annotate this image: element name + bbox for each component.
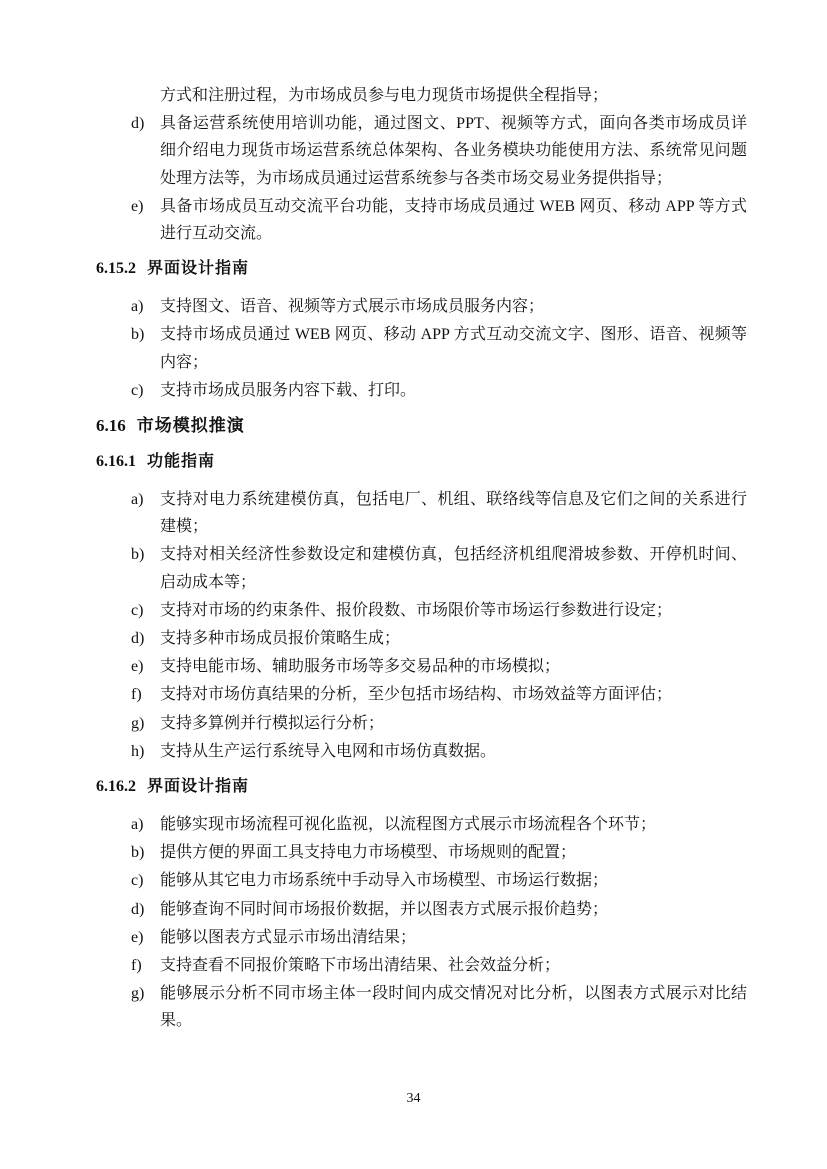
list-marker: g) bbox=[131, 980, 144, 1007]
heading-number: 6.16 bbox=[96, 416, 126, 435]
list-marker: e) bbox=[131, 193, 143, 220]
heading-number: 6.16.2 bbox=[96, 778, 136, 795]
list-marker: d) bbox=[131, 625, 144, 652]
list-item-a: a) 支持图文、语音、视频等方式展示市场成员服务内容； bbox=[96, 293, 747, 320]
list-marker: d) bbox=[131, 110, 144, 137]
list-item-text: 支持查看不同报价策略下市场出清结果、社会效益分析； bbox=[160, 957, 560, 974]
list-item-b: b) 支持市场成员通过 WEB 网页、移动 APP 方式互动交流文字、图形、语音… bbox=[96, 321, 747, 375]
heading-6-15-2: 6.15.2界面设计指南 bbox=[96, 257, 747, 281]
document-body: 方式和注册过程，为市场成员参与电力现货市场提供全程指导； d) 具备运营系统使用… bbox=[96, 82, 747, 1035]
list-item-text: 支持多种市场成员报价策略生成； bbox=[160, 630, 400, 647]
heading-number: 6.16.1 bbox=[96, 453, 136, 470]
list-item-text: 能够实现市场流程可视化监视，以流程图方式展示市场流程各个环节； bbox=[160, 816, 656, 833]
list-marker: e) bbox=[131, 924, 143, 951]
list-item-f: f) 支持查看不同报价策略下市场出清结果、社会效益分析； bbox=[96, 952, 747, 979]
list-marker: h) bbox=[131, 738, 144, 765]
list-marker: b) bbox=[131, 839, 144, 866]
list-item-g: g) 能够展示分析不同市场主体一段时间内成交情况对比分析，以图表方式展示对比结果… bbox=[96, 980, 747, 1034]
heading-title: 界面设计指南 bbox=[147, 778, 249, 795]
list-item-b: b) 支持对相关经济性参数设定和建模仿真，包括经济机组爬滑坡参数、开停机时间、启… bbox=[96, 541, 747, 595]
list-marker: g) bbox=[131, 710, 144, 737]
paragraph-continuation: 方式和注册过程，为市场成员参与电力现货市场提供全程指导； bbox=[160, 82, 747, 109]
heading-title: 界面设计指南 bbox=[147, 260, 249, 277]
heading-number: 6.15.2 bbox=[96, 260, 136, 277]
list-item-f: f) 支持对市场仿真结果的分析，至少包括市场结构、市场效益等方面评估； bbox=[96, 681, 747, 708]
list-marker: a) bbox=[131, 486, 143, 513]
list-item-text: 具备运营系统使用培训功能，通过图文、PPT、视频等方式，面向各类市场成员详细介绍… bbox=[160, 115, 747, 186]
list-item-text: 支持对相关经济性参数设定和建模仿真，包括经济机组爬滑坡参数、开停机时间、启动成本… bbox=[160, 546, 747, 590]
heading-title: 功能指南 bbox=[147, 453, 215, 470]
list-item-text: 支持多算例并行模拟运行分析； bbox=[160, 715, 384, 732]
list-item-a: a) 能够实现市场流程可视化监视，以流程图方式展示市场流程各个环节； bbox=[96, 811, 747, 838]
heading-6-16: 6.16市场模拟推演 bbox=[96, 414, 747, 438]
list-item-text: 支持对市场仿真结果的分析，至少包括市场结构、市场效益等方面评估； bbox=[160, 686, 672, 703]
list-marker: a) bbox=[131, 293, 143, 320]
list-marker: f) bbox=[131, 681, 142, 708]
list-marker: e) bbox=[131, 653, 143, 680]
list-item-h: h) 支持从生产运行系统导入电网和市场仿真数据。 bbox=[96, 738, 747, 765]
list-item-text: 支持电能市场、辅助服务市场等多交易品种的市场模拟； bbox=[160, 658, 560, 675]
list-item-c: c) 能够从其它电力市场系统中手动导入市场模型、市场运行数据； bbox=[96, 867, 747, 894]
list-item-text: 能够以图表方式显示市场出清结果； bbox=[160, 929, 416, 946]
list-item-g: g) 支持多算例并行模拟运行分析； bbox=[96, 710, 747, 737]
list-item-c: c) 支持对市场的约束条件、报价段数、市场限价等市场运行参数进行设定； bbox=[96, 597, 747, 624]
list-marker: f) bbox=[131, 952, 142, 979]
list-marker: a) bbox=[131, 811, 143, 838]
list-item-text: 支持市场成员通过 WEB 网页、移动 APP 方式互动交流文字、图形、语音、视频… bbox=[160, 326, 747, 370]
list-item-text: 能够展示分析不同市场主体一段时间内成交情况对比分析，以图表方式展示对比结果。 bbox=[160, 985, 747, 1029]
list-item-text: 支持对市场的约束条件、报价段数、市场限价等市场运行参数进行设定； bbox=[160, 602, 672, 619]
list-item-e: e) 具备市场成员互动交流平台功能，支持市场成员通过 WEB 网页、移动 APP… bbox=[96, 193, 747, 247]
list-item-b: b) 提供方便的界面工具支持电力市场模型、市场规则的配置； bbox=[96, 839, 747, 866]
list-item-text: 支持图文、语音、视频等方式展示市场成员服务内容； bbox=[160, 298, 544, 315]
list-item-text: 支持从生产运行系统导入电网和市场仿真数据。 bbox=[160, 743, 496, 760]
heading-6-16-1: 6.16.1功能指南 bbox=[96, 450, 747, 474]
list-item-d: d) 具备运营系统使用培训功能，通过图文、PPT、视频等方式，面向各类市场成员详… bbox=[96, 110, 747, 192]
list-marker: c) bbox=[131, 867, 143, 894]
list-item-text: 能够查询不同时间市场报价数据，并以图表方式展示报价趋势； bbox=[160, 901, 608, 918]
list-item-e: e) 支持电能市场、辅助服务市场等多交易品种的市场模拟； bbox=[96, 653, 747, 680]
list-marker: b) bbox=[131, 321, 144, 348]
page-number: 34 bbox=[0, 1091, 827, 1107]
list-item-a: a) 支持对电力系统建模仿真，包括电厂、机组、联络线等信息及它们之间的关系进行建… bbox=[96, 486, 747, 540]
heading-title: 市场模拟推演 bbox=[137, 416, 245, 435]
list-item-e: e) 能够以图表方式显示市场出清结果； bbox=[96, 924, 747, 951]
list-item-text: 支持对电力系统建模仿真，包括电厂、机组、联络线等信息及它们之间的关系进行建模； bbox=[160, 491, 747, 535]
list-item-text: 具备市场成员互动交流平台功能，支持市场成员通过 WEB 网页、移动 APP 等方… bbox=[160, 198, 747, 242]
list-item-d: d) 支持多种市场成员报价策略生成； bbox=[96, 625, 747, 652]
list-marker: b) bbox=[131, 541, 144, 568]
list-marker: c) bbox=[131, 597, 143, 624]
list-item-text: 能够从其它电力市场系统中手动导入市场模型、市场运行数据； bbox=[160, 872, 608, 889]
list-item-d: d) 能够查询不同时间市场报价数据，并以图表方式展示报价趋势； bbox=[96, 896, 747, 923]
list-marker: c) bbox=[131, 377, 143, 404]
document-page: 方式和注册过程，为市场成员参与电力现货市场提供全程指导； d) 具备运营系统使用… bbox=[0, 0, 827, 1169]
list-item-text: 支持市场成员服务内容下载、打印。 bbox=[160, 382, 416, 399]
heading-6-16-2: 6.16.2界面设计指南 bbox=[96, 775, 747, 799]
list-item-text: 提供方便的界面工具支持电力市场模型、市场规则的配置； bbox=[160, 844, 576, 861]
list-item-c: c) 支持市场成员服务内容下载、打印。 bbox=[96, 377, 747, 404]
list-marker: d) bbox=[131, 896, 144, 923]
